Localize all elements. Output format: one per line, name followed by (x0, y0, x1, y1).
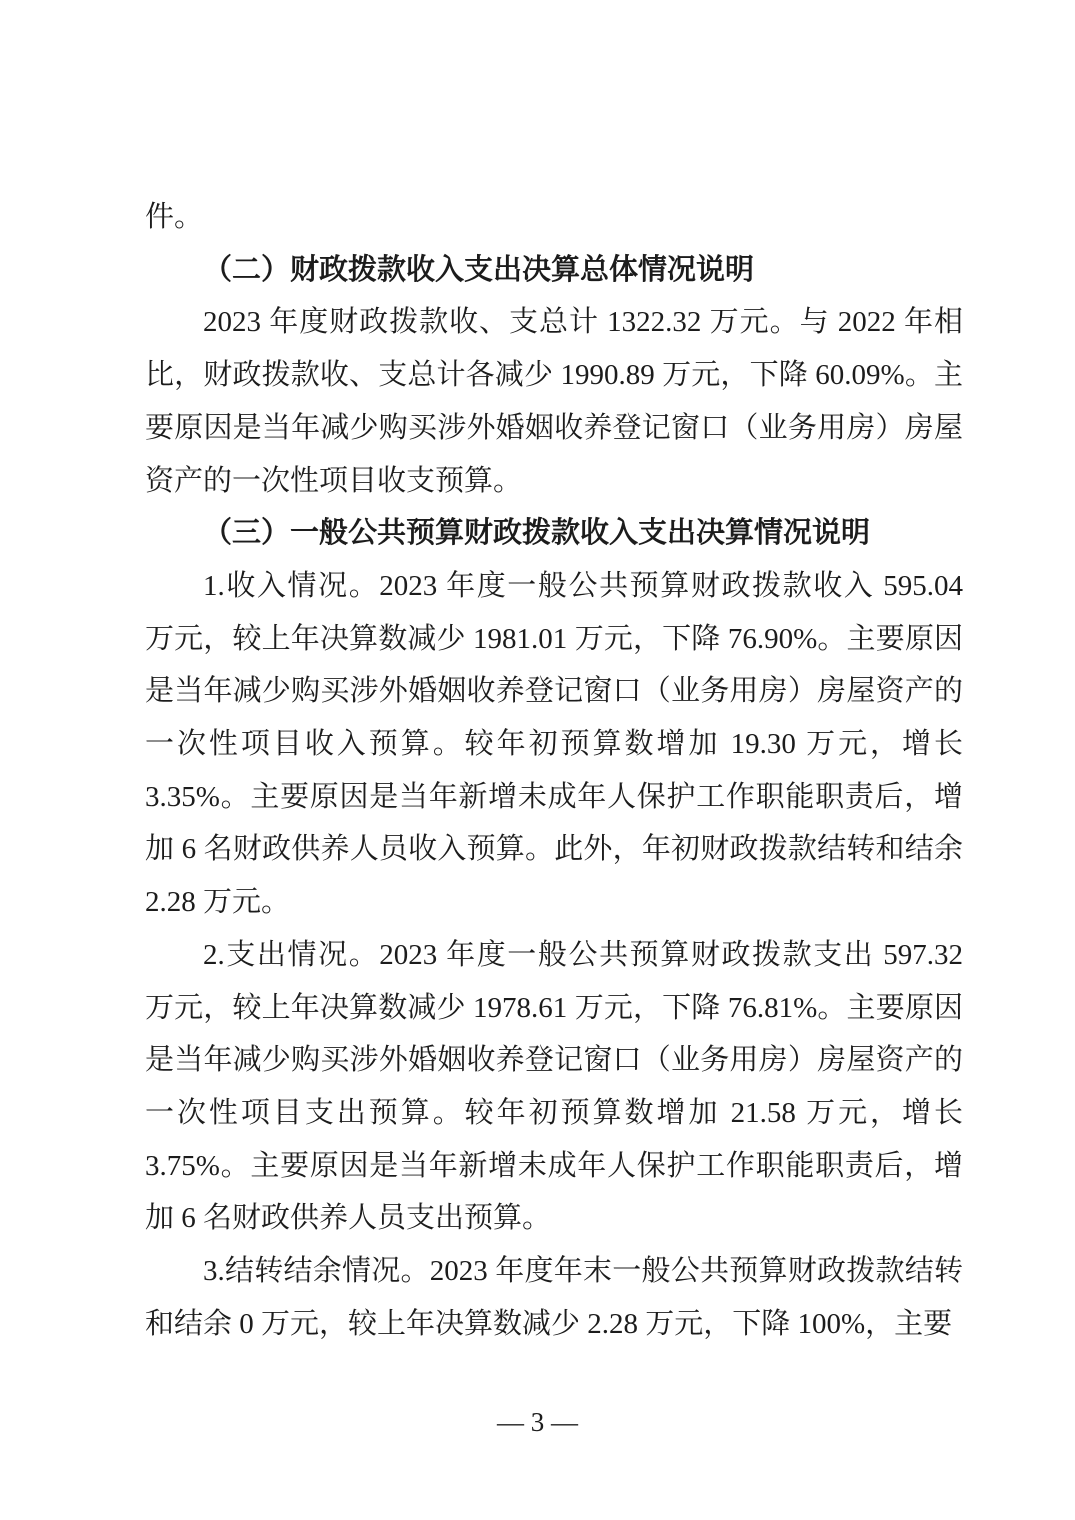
paragraph-continuation: 件。 (145, 191, 963, 244)
paragraph-fiscal-appropriation-overall: 2023 年度财政拨款收、支总计 1322.32 万元。与 2022 年相比，财… (145, 296, 963, 507)
paragraph-carryover-balance-situation: 3.结转结余情况。2023 年度年末一般公共预算财政拨款结转和结余 0 万元，较… (145, 1245, 963, 1350)
paragraph-income-situation: 1.收入情况。2023 年度一般公共预算财政拨款收入 595.04 万元，较上年… (145, 560, 963, 929)
paragraph-expenditure-situation: 2.支出情况。2023 年度一般公共预算财政拨款支出 597.32 万元，较上年… (145, 929, 963, 1245)
page-content: 件。 （二）财政拨款收入支出决算总体情况说明 2023 年度财政拨款收、支总计 … (145, 191, 963, 1350)
document-page: 件。 （二）财政拨款收入支出决算总体情况说明 2023 年度财政拨款收、支总计 … (0, 0, 1075, 1520)
section-heading-fiscal-appropriation-overall: （二）财政拨款收入支出决算总体情况说明 (145, 244, 963, 297)
page-footer: — 3 — (0, 1402, 1075, 1442)
page-number: — 3 — (497, 1407, 578, 1437)
section-heading-general-public-budget: （三）一般公共预算财政拨款收入支出决算情况说明 (145, 507, 963, 560)
